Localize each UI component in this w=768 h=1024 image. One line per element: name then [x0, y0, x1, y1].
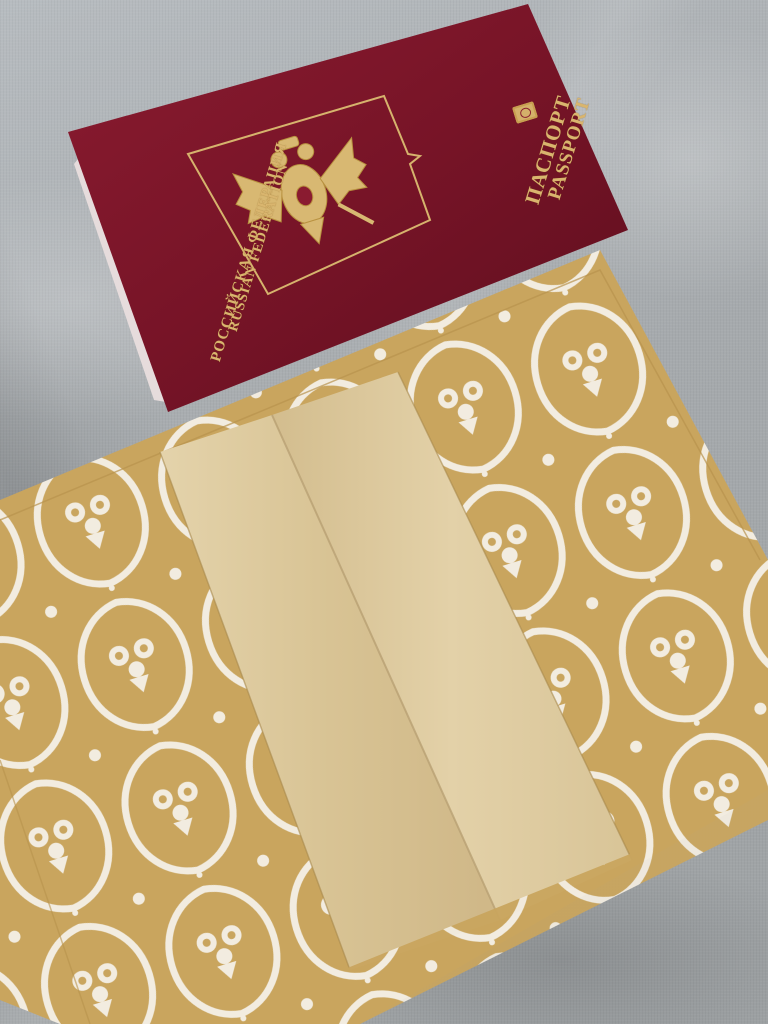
fabric-passport-cover — [0, 0, 768, 1024]
photo-scene: РОССИЙСКАЯ ФЕДЕРАЦИЯ RUSSIAN FEDERATION … — [0, 0, 768, 1024]
